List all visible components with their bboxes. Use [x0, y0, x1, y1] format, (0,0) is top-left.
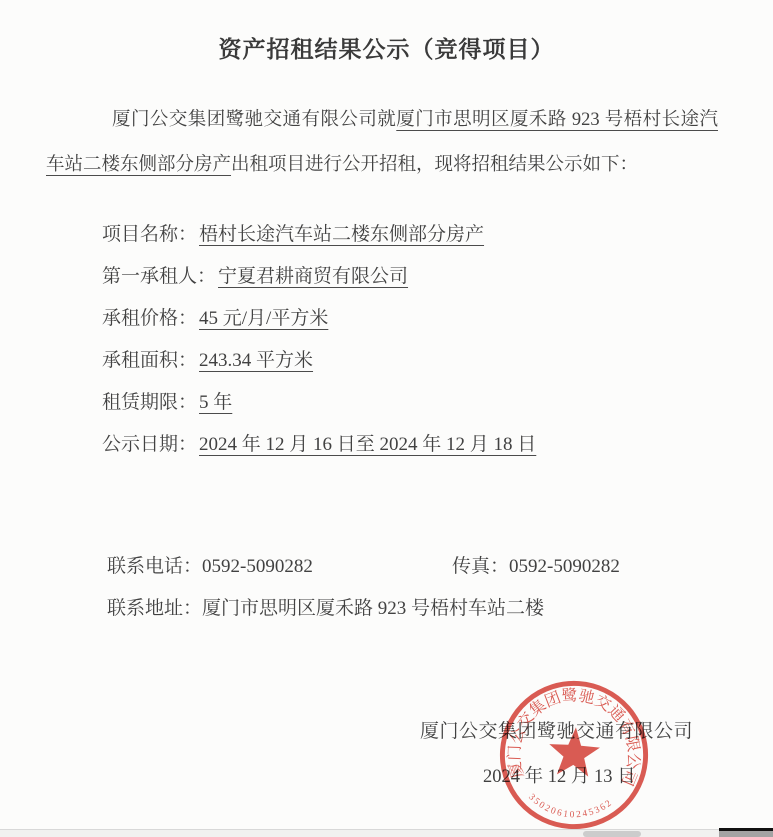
intro-text: 厦门公交集团鹭驰交通有限公司就 [112, 110, 396, 130]
field-label: 项目名称： [102, 219, 197, 246]
field-row-first-lessee: 第一承租人：宁夏君耕商贸有限公司 [102, 253, 536, 295]
contact-phone-row: 联系电话：0592-5090282 [107, 551, 313, 578]
page-title: 资产招租结果公示（竞得项目） [0, 31, 773, 64]
horizontal-scrollbar-thumb[interactable] [583, 831, 641, 837]
field-row-rent-price: 承租价格：45 元/月/平方米 [102, 295, 536, 337]
intro-rest-text: 出租项目进行公开招租，现将招租结果公示如下： [231, 155, 638, 175]
scrollbar-corner-fragment [719, 828, 773, 837]
field-label: 租赁期限： [102, 387, 197, 414]
field-value: 45 元/月/平方米 [199, 303, 328, 330]
company-seal-stamp: 厦门公交集团鹭驰交通有限公司 35020610245362 [490, 671, 659, 837]
field-label: 公示日期： [102, 429, 197, 456]
address-value: 厦门市思明区厦禾路 923 号梧村车站二楼 [202, 598, 544, 619]
field-value: 243.34 平方米 [199, 345, 313, 372]
phone-label: 联系电话： [107, 556, 202, 577]
field-value: 宁夏君耕商贸有限公司 [218, 261, 408, 288]
horizontal-scrollbar-track[interactable] [0, 829, 773, 837]
intro-paragraph: 厦门公交集团鹭驰交通有限公司就厦门市思明区厦禾路 923 号梧村长途汽车站二楼东… [46, 98, 718, 188]
field-value: 5 年 [199, 387, 232, 414]
field-row-project-name: 项目名称：梧村长途汽车站二楼东侧部分房产 [102, 211, 536, 253]
contact-fax-row: 传真：0592-5090282 [452, 551, 620, 578]
field-label: 承租价格： [102, 303, 197, 330]
result-fields-list: 项目名称：梧村长途汽车站二楼东侧部分房产 第一承租人：宁夏君耕商贸有限公司 承租… [102, 211, 536, 463]
field-row-lease-term: 租赁期限：5 年 [102, 379, 536, 421]
field-label: 承租面积： [102, 345, 197, 372]
field-value: 梧村长途汽车站二楼东侧部分房产 [199, 219, 484, 246]
document-page: 资产招租结果公示（竞得项目） 厦门公交集团鹭驰交通有限公司就厦门市思明区厦禾路 … [0, 0, 773, 837]
field-value: 2024 年 12 月 16 日至 2024 年 12 月 18 日 [199, 429, 536, 456]
fax-label: 传真： [452, 556, 509, 577]
contact-address-row: 联系地址：厦门市思明区厦禾路 923 号梧村车站二楼 [107, 593, 544, 620]
address-label: 联系地址： [107, 598, 202, 619]
field-label: 第一承租人： [102, 261, 216, 288]
fax-value: 0592-5090282 [509, 556, 620, 577]
field-row-rent-area: 承租面积：243.34 平方米 [102, 337, 536, 379]
phone-value: 0592-5090282 [202, 556, 313, 577]
field-row-publicity-period: 公示日期：2024 年 12 月 16 日至 2024 年 12 月 18 日 [102, 421, 536, 463]
seal-star-icon [547, 726, 601, 778]
